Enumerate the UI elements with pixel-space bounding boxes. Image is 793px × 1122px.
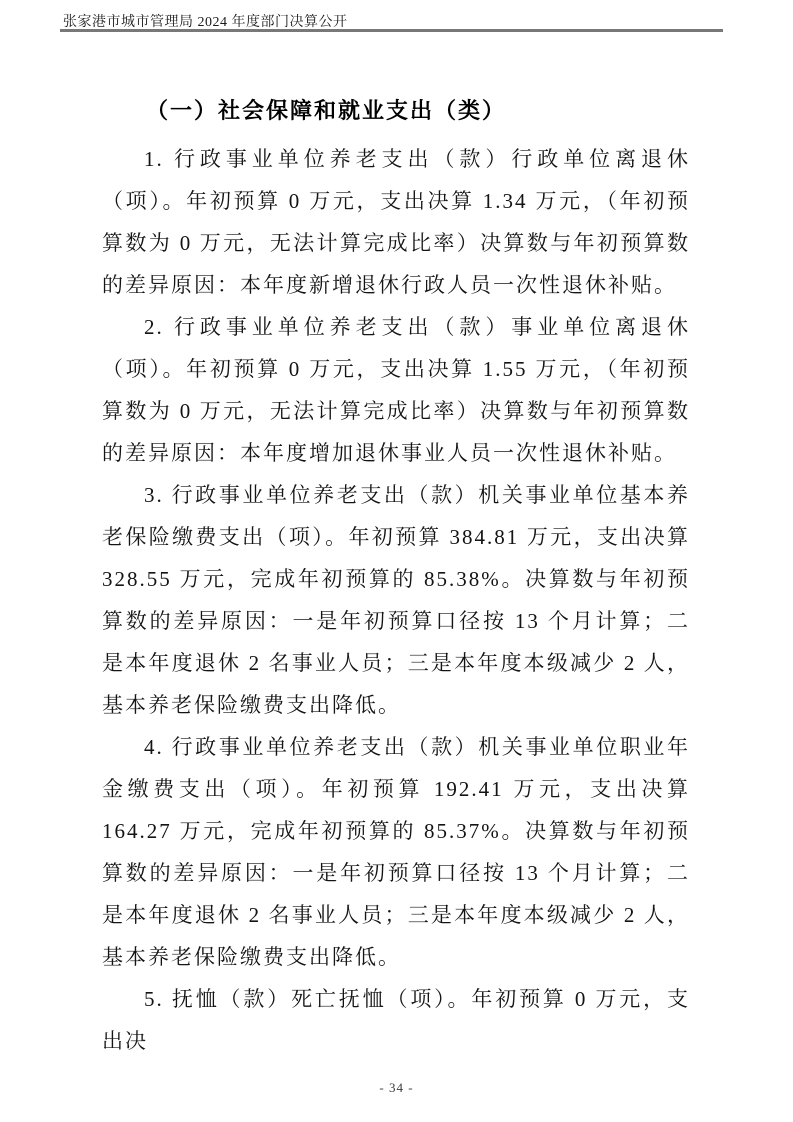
paragraph-item-1: 1. 行政事业单位养老支出（款）行政单位离退休（项）。年初预算 0 万元，支出决… [102,138,690,306]
paragraph-item-2: 2. 行政事业单位养老支出（款）事业单位离退休（项）。年初预算 0 万元，支出决… [102,306,690,474]
document-page: 张家港市城市管理局 2024 年度部门决算公开 （一）社会保障和就业支出（类） … [0,0,793,1122]
section-heading: （一）社会保障和就业支出（类） [102,90,690,132]
page-footer: - 34 - [0,1080,793,1096]
paragraph-item-3: 3. 行政事业单位养老支出（款）机关事业单位基本养老保险缴费支出（项）。年初预算… [102,474,690,726]
paragraph-item-5: 5. 抚恤（款）死亡抚恤（项）。年初预算 0 万元，支出决 [102,978,690,1062]
header-rule [60,29,723,32]
header-title: 张家港市城市管理局 2024 年度部门决算公开 [63,15,348,30]
page-header: 张家港市城市管理局 2024 年度部门决算公开 [63,11,348,31]
document-content: （一）社会保障和就业支出（类） 1. 行政事业单位养老支出（款）行政单位离退休（… [102,90,690,1062]
page-number: - 34 - [379,1080,413,1095]
paragraph-item-4: 4. 行政事业单位养老支出（款）机关事业单位职业年金缴费支出（项）。年初预算 1… [102,726,690,978]
